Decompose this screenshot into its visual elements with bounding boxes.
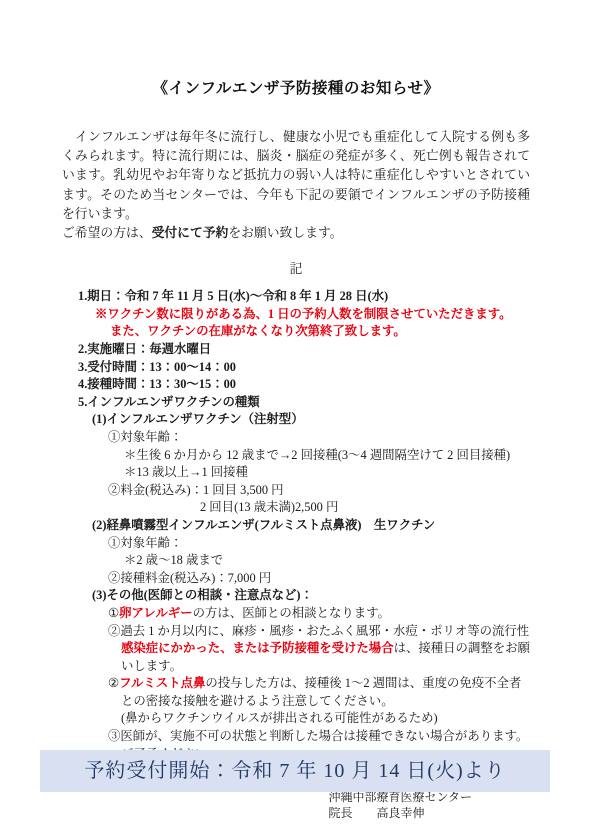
type2-age-label: ①対象年齢： — [108, 535, 530, 553]
type1-age-under12: ＊生後 6 か月から 12 歳まで→2 回接種(3～4 週間隔空けて 2 回目接… — [124, 447, 530, 465]
page-title: 《インフルエンザ予防接種のお知らせ》 — [62, 76, 530, 98]
other2-red-text: 感染症にかかった、または予防接種を受けた場合 — [121, 641, 394, 655]
type1-fee-first: ②料金(税込み)：1 回目 3,500 円 — [108, 482, 530, 500]
item-date: 1.期日：令和 7 年 11 月 5 日(水)～令和 8 年 1 月 28 日(… — [78, 288, 530, 306]
reservation-start-banner: 予約受付開始：令和 7 年 10 月 14 日(火)より — [40, 750, 550, 792]
item-reception-time: 3.受付時間：13：00～14：00 — [78, 359, 530, 377]
reservation-request-line: ご希望の方は、受付にて予約をお願い致します。 — [62, 224, 530, 243]
record-mark: 記 — [62, 258, 530, 277]
other2-number: ② — [108, 624, 120, 638]
type1-age-label: ①対象年齢： — [108, 429, 530, 447]
type2-heading: (2)経鼻噴霧型インフルエンザ(フルミスト点鼻液) 生ワクチン — [92, 517, 530, 535]
type1-heading: (1)インフルエンザワクチン（注射型） — [92, 411, 530, 429]
other4-number: ③ — [108, 729, 120, 743]
type1-age-over13: ＊13 歳以上→1 回接種 — [124, 464, 530, 482]
other1-number: ① — [108, 606, 119, 620]
item-weekday: 2.実施曜日：毎週水曜日 — [78, 341, 530, 359]
other-egg-allergy: ①卵アレルギーの方は、医師との相談となります。 — [108, 605, 530, 623]
request-pre-text: ご希望の方は、 — [62, 226, 152, 240]
other-heading: (3)その他(医師との相談・注意点など)： — [92, 587, 530, 605]
other3-red-text: フルミスト点鼻 — [119, 676, 205, 690]
type2-fee: ②接種料金(税込み)：7,000 円 — [108, 570, 530, 588]
type1-fee-second: 2 回目(13 歳未満)2,500 円 — [200, 499, 530, 517]
other3-number: ② — [108, 676, 119, 690]
request-bold-text: 受付にて予約 — [152, 226, 229, 240]
other-flumist-caution: ②フルミスト点鼻の投与した方は、接種後 1～2 週間は、重度の免疫不全者との密接… — [108, 675, 530, 710]
document-page: 《インフルエンザ予防接種のお知らせ》 インフルエンザは毎年冬に流行し、健康な小児… — [0, 0, 590, 834]
type2-age-range: ＊2 歳～18 歳まで — [124, 552, 530, 570]
other1-red-text: 卵アレルギー — [119, 606, 193, 620]
item-vaccination-time: 4.接種時間：13：30～15：00 — [78, 376, 530, 394]
other1-rest-text: の方は、医師との相談となります。 — [193, 606, 390, 620]
notice-list: 1.期日：令和 7 年 11 月 5 日(水)～令和 8 年 1 月 28 日(… — [62, 288, 530, 763]
request-post-text: をお願い致します。 — [228, 226, 342, 240]
other2-pre-text: 過去 1 か月以内に、麻疹・風疹・おたふく風邪・水痘・ポリオ等の流行性 — [120, 624, 529, 638]
intro-paragraph: インフルエンザは毎年冬に流行し、健康な小児でも重症化して入院する例も多くみられま… — [62, 128, 530, 224]
signature-director: 院長 高良幸伸 — [328, 805, 472, 822]
other-flumist-note: (鼻からワクチンウイルスが排出される可能性があるため) — [121, 710, 530, 728]
item-vaccine-types: 5.インフルエンザワクチンの種類 — [78, 394, 530, 412]
note-vaccine-limit: ※ワクチン数に限りがある為、1 日の予約人数を制限させていただきます。 — [95, 306, 530, 324]
other-infection-history: ②過去 1 か月以内に、麻疹・風疹・おたふく風邪・水痘・ポリオ等の流行性感染症に… — [108, 623, 530, 676]
note-vaccine-stock: また、ワクチンの在庫がなくなり次第終了致します。 — [110, 323, 530, 341]
